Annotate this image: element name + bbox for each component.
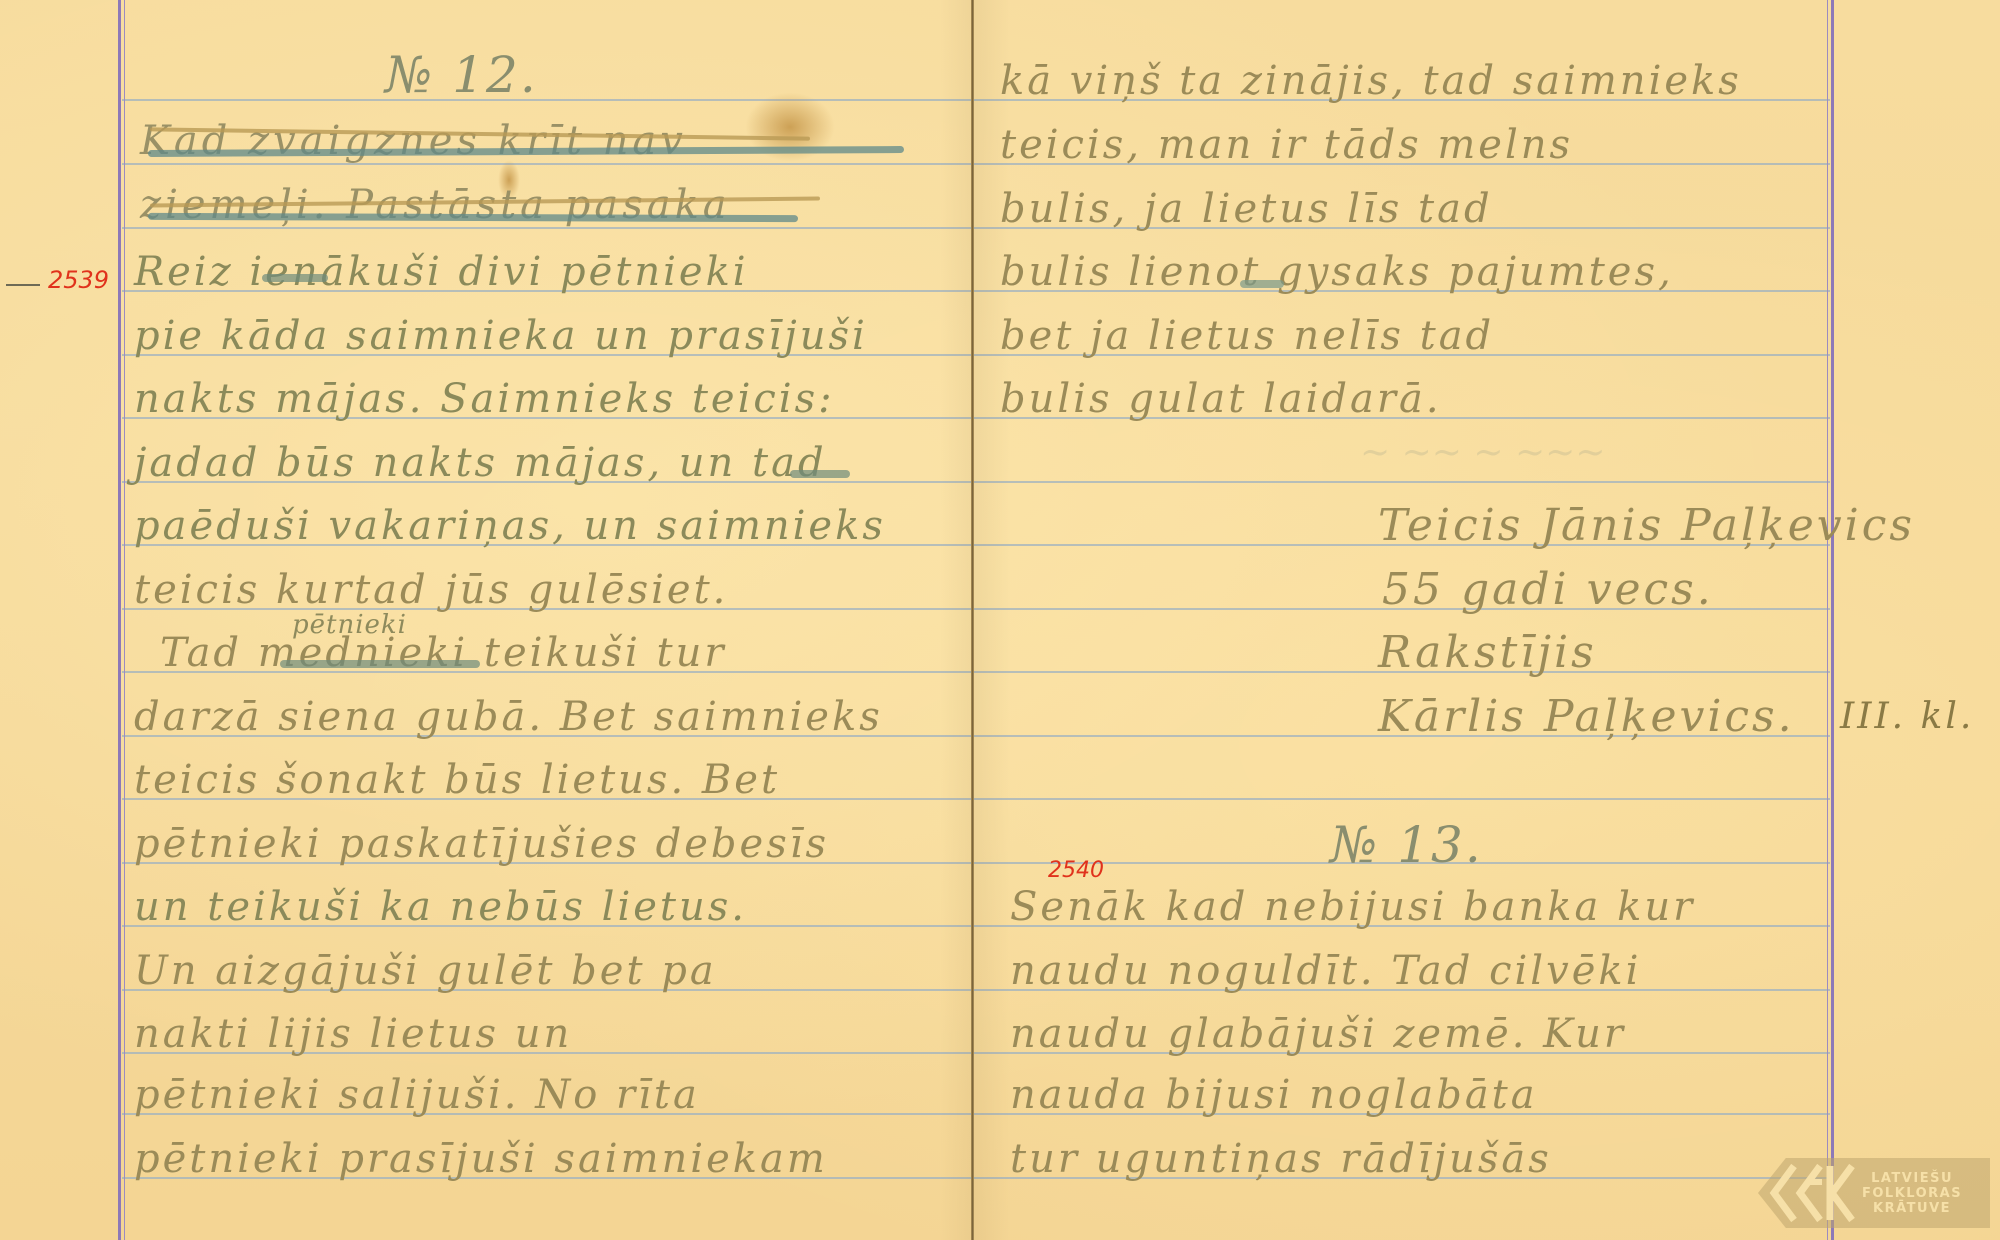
left-margin-line-thin	[124, 0, 125, 1240]
lfk-chevron-logo-icon	[1764, 1158, 1856, 1228]
text-line: pētnieki prasījuši saimniekam	[134, 1135, 828, 1183]
text-line: nakti lijis lietus un	[134, 1010, 572, 1058]
text-line: pētnieki salijuši. No rīta	[134, 1071, 700, 1119]
text-line: jadad būs nakts mājas, un tad	[134, 439, 827, 487]
text-line: bulis lienot gysaks pajumtes,	[1000, 248, 1674, 296]
text-line: Reiz ienākuši divi pētnieki	[134, 248, 749, 296]
text-line: pētnieki paskatījušies debesīs	[134, 820, 829, 868]
right-margin-line-thin	[1827, 0, 1828, 1240]
signature-line: 55 gadi vecs.	[1382, 566, 1714, 614]
story-number-heading: № 12.	[385, 46, 538, 104]
text-line: un teikuši ka nebūs lietus.	[134, 883, 747, 931]
text-line: nauda bijusi noglabāta	[1010, 1071, 1538, 1119]
text-line: pie kāda saimnieka un prasījuši	[134, 312, 868, 360]
struck-line-1: Kad zvaigznes krīt nav	[140, 118, 687, 164]
text-line: teicis kurtad jūs gulēsiet.	[134, 566, 728, 614]
text-line: bulis gulat laidarā.	[1000, 375, 1442, 423]
logo-text-line: KRĀTUVE	[1862, 1201, 1962, 1216]
class-label: III. kl.	[1840, 693, 1974, 741]
notebook-spread: ~ ~~ ~ ~~~ № 12. Kad zvaigznes krīt nav …	[0, 0, 2000, 1240]
text-line: bet ja lietus nelīs tad	[1000, 312, 1494, 360]
text-line: naudu glabājuši zemē. Kur	[1010, 1010, 1626, 1058]
signature-line: Rakstījis	[1378, 629, 1597, 677]
left-margin-line	[118, 0, 121, 1240]
margin-dash	[6, 284, 40, 286]
inline-strikethrough	[262, 274, 328, 282]
logo-text-line: FOLKLORAS	[1862, 1186, 1962, 1201]
right-margin-line	[1831, 0, 1834, 1240]
inline-strikethrough	[1240, 280, 1284, 288]
text-line: Tad mednieki teikuši tur	[160, 629, 726, 677]
text-line: bulis, ja lietus līs tad	[1000, 185, 1493, 233]
text-line: Senāk kad nebijusi banka kur	[1010, 883, 1695, 931]
inline-strikethrough	[280, 660, 480, 668]
pencil-ghost-marks: ~ ~~ ~ ~~~	[1360, 432, 1605, 473]
signature-line: Kārlis Paļķevics.	[1378, 693, 1795, 741]
text-line: teicis, man ir tāds melns	[1000, 121, 1573, 169]
text-line: Un aizgājuši gulēt bet pa	[134, 947, 717, 995]
lfk-watermark-logo: LATVIEŠU FOLKLORAS KRĀTUVE	[1758, 1158, 1990, 1228]
text-line: darzā siena gubā. Bet saimnieks	[134, 693, 883, 741]
page-gutter	[971, 0, 974, 1240]
logo-text-line: LATVIEŠU	[1862, 1171, 1962, 1186]
archive-number: 2539	[48, 266, 109, 294]
archive-number-2: 2540	[1048, 858, 1104, 883]
text-line: naudu noguldīt. Tad cilvēki	[1010, 947, 1641, 995]
text-line: tur uguntiņas rādījušās	[1010, 1135, 1552, 1183]
text-line: teicis šonakt būs lietus. Bet	[134, 756, 780, 804]
signature-line: Teicis Jānis Paļķevics	[1378, 502, 1915, 550]
text-line: kā viņš ta zinājis, tad saimnieks	[1000, 57, 1742, 105]
text-line: nakts mājas. Saimnieks teicis:	[134, 375, 835, 423]
story-number-heading-2: № 13.	[1330, 816, 1483, 874]
inline-strikethrough	[790, 470, 850, 478]
logo-text: LATVIEŠU FOLKLORAS KRĀTUVE	[1862, 1171, 1962, 1216]
text-line: paēduši vakariņas, un saimnieks	[134, 502, 886, 550]
